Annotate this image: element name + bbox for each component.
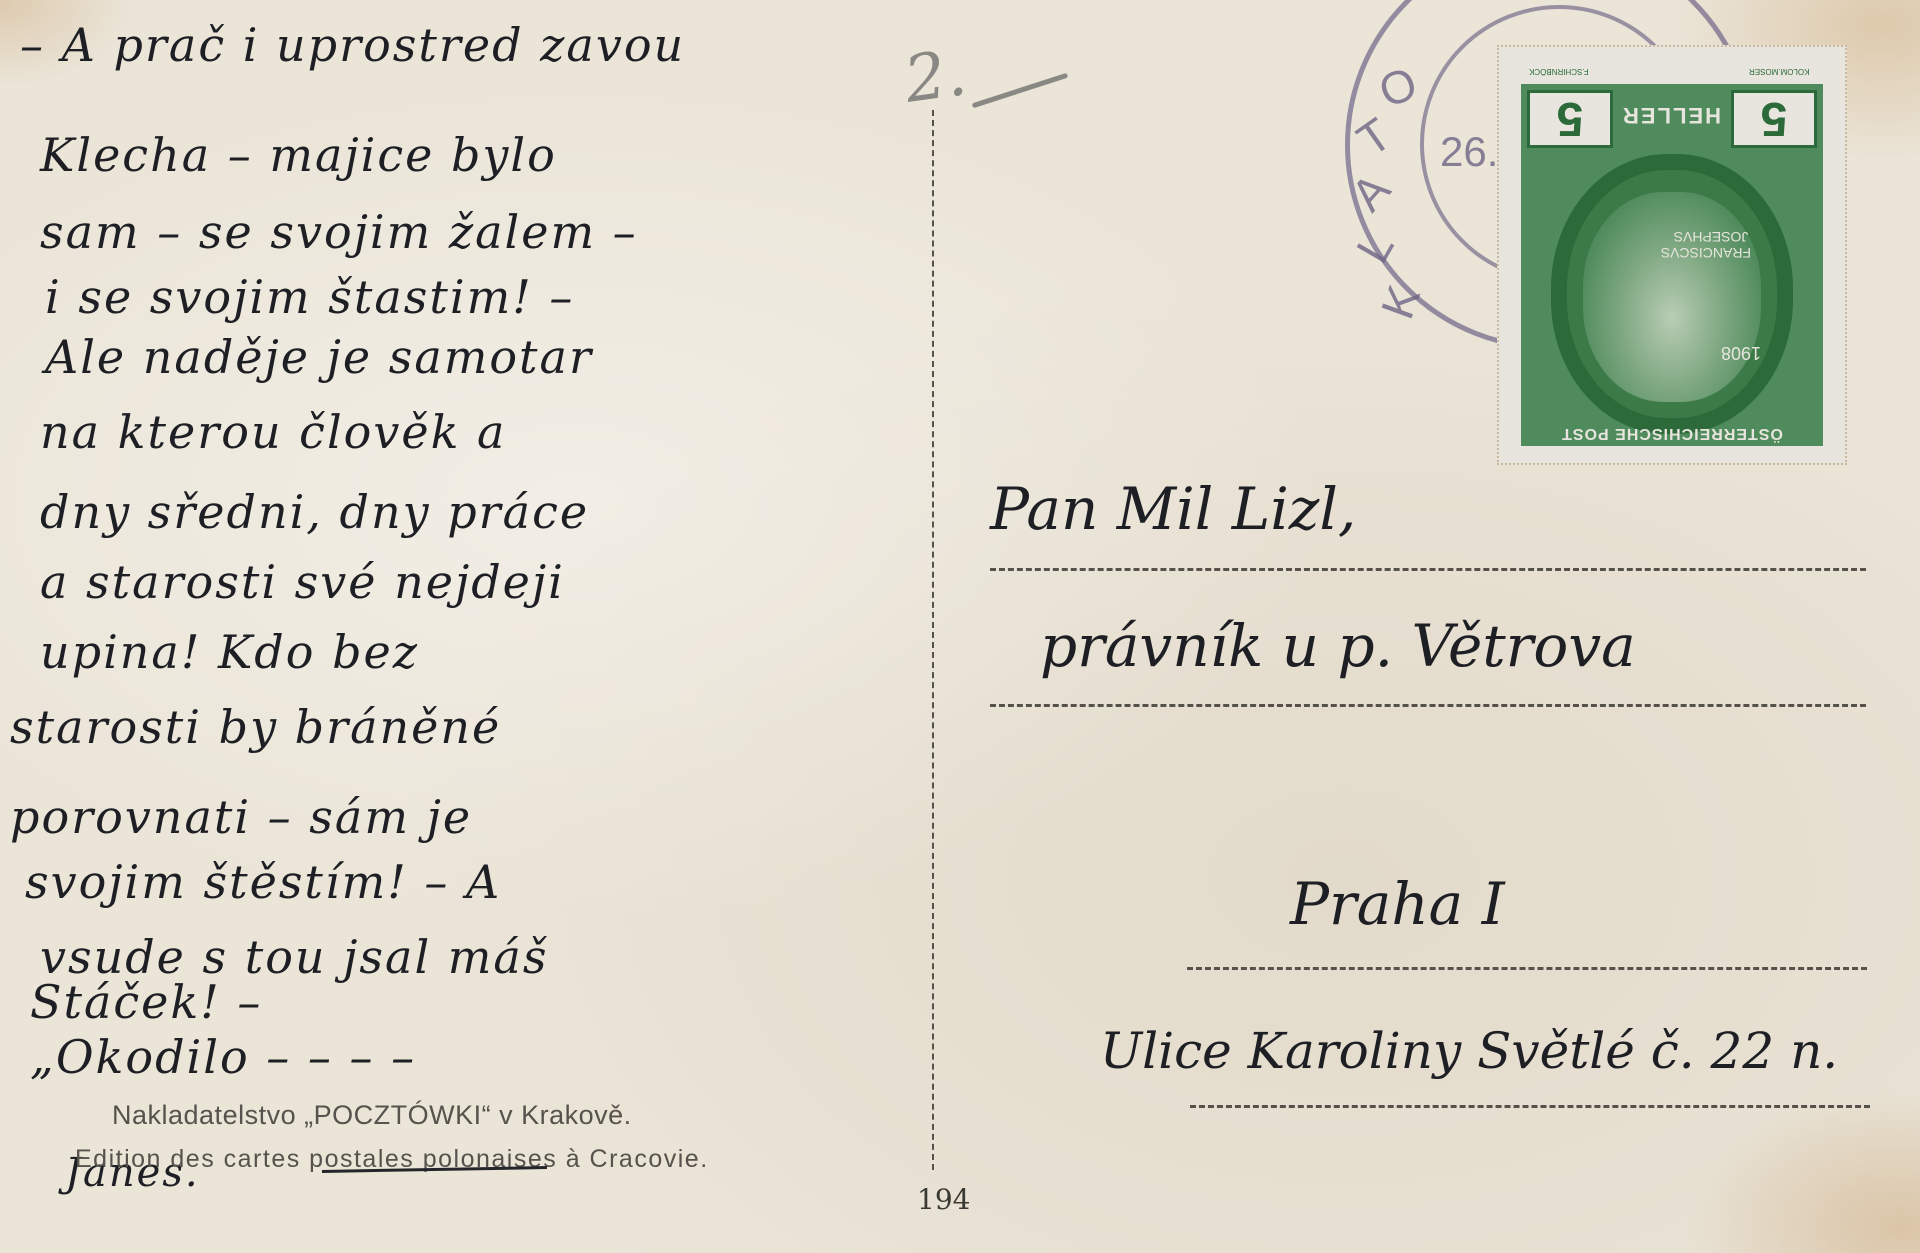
message-line: na kterou člověk a [40,405,507,459]
stamp-value-right: 5 [1731,90,1817,148]
message-line: dny sředni, dny práce [40,485,589,539]
postmark-town: K L A T O [1330,50,1420,340]
message-line: Stáček! – [30,975,262,1029]
postcard: 2. – A prač i uprostred zavou Klecha – m… [0,0,1920,1253]
stamp-value-left: 5 [1527,90,1613,148]
address-rule [990,704,1866,707]
postage-stamp: F.SCHIRNBÖCK KOLOM.MOSER 5 HELLER 5 FRAN… [1497,45,1847,465]
publisher-imprint: Nakladatelstvo „POCZTÓWKI“ v Krakově. [112,1100,632,1131]
message-line: starosti by bráněné [10,700,501,754]
message-line: sam – se svojim žalem – [40,205,638,259]
pencil-stroke [972,73,1069,109]
message-line: Ale naděje je samotar [45,330,593,384]
address-rule [990,568,1866,571]
message-line: „Okodilo – – – – [30,1030,416,1084]
card-number: 194 [917,1183,970,1216]
stamp-designer-left: F.SCHIRNBÖCK [1529,67,1589,76]
address-rule [1187,967,1867,970]
address-line-street: Ulice Karoliny Světlé č. 22 n. [1100,1022,1838,1080]
stamp-designer-right: KOLOM.MOSER [1749,67,1809,76]
message-line: a starosti své nejdeji [40,555,565,609]
address-rule [1190,1105,1870,1108]
message-line: porovnati – sám je [10,790,472,844]
address-line-recipient: Pan Mil Lizl, [990,475,1356,543]
stamp-currency: HELLER [1621,102,1721,128]
stamp-portrait-caption: FRANCISCVS JOSEPHVS [1671,229,1751,261]
address-line-city: Praha I [1290,870,1505,938]
message-line: Klecha – majice bylo [40,128,557,182]
stamp-design: 5 HELLER 5 FRANCISCVS JOSEPHVS 1908 KAIS… [1521,84,1823,446]
stamp-country-text: KAISERLICH KÖNIGLICH ÖSTERREICHISCHE POS… [1521,424,1823,460]
stamp-year: 1908 [1721,342,1761,363]
message-line: – A prač i uprostred zavou [20,18,685,72]
postmark-date: 26. [1440,128,1498,176]
message-line: svojim štěstím! – A [25,855,501,909]
pencil-note: 2. [900,36,971,118]
center-divider [932,110,934,1170]
stamp-portrait [1583,192,1761,402]
address-line-occupation: právník u p. Větrova [1040,612,1636,680]
message-line: i se svojim štastim! – [45,270,574,324]
message-line: upina! Kdo bez [40,625,419,679]
